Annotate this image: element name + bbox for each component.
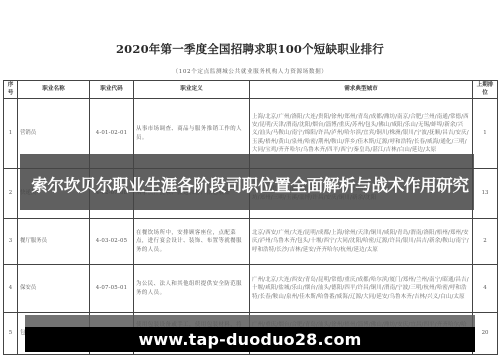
table-row: 3 餐厅服务员 4-03-02-05 在餐饮场所中，安排顾客座位，点配菜点，进行… [4,219,498,265]
header-occupation-code: 职业代码 [90,81,134,99]
cell-occupation-name: 餐厅服务员 [18,219,90,265]
watermark-shadow-band [25,315,250,327]
cell-no: 1 [4,99,18,169]
cell-last-rank: 2 [473,219,498,265]
cell-occupation-code: 4-03-02-05 [90,219,134,265]
cell-no: 4 [4,265,18,313]
table-header-row: 序号 职业名称 职业代码 职业定义 需求典型城市 上期排位 [4,81,498,99]
cell-typical-cities: 广州/北京/大连/西安/青岛/昆明/常德/重庆/成都/哈尔滨/厦门/郑州/兰州/… [250,265,473,313]
header-no: 序号 [4,81,18,99]
cell-no: 5 [4,313,18,355]
site-watermark: www.tap-duoduo28.com [25,327,475,352]
watermark-shadow-band [250,315,475,327]
cell-occupation-definition: 在餐饮场所中，安排顾客座位，点配菜点，进行宴会设计、装饰、布置等就餐服务的人员。 [134,219,250,265]
shortage-occupation-table: 序号 职业名称 职业代码 职业定义 需求典型城市 上期排位 1 营销员 4-01… [3,80,498,355]
header-last-rank: 上期排位 [473,81,498,99]
table-row: 4 保安员 4-07-05-01 为公民、法人和其他组织提供安全防范服务的人员。… [4,265,498,313]
document-title: 2020年第一季度全国招聘求职100个短缺职业排行 [0,41,500,57]
cell-occupation-code: 4-07-05-01 [90,265,134,313]
headline-banner-text: 索尔坎贝尔职业生涯各阶段司职位置全面解析与战术作用研究 [0,172,500,196]
document-subtitle: （102个定点监测城公共就业服务机构人力资源场数据） [0,67,500,75]
cell-occupation-name: 保安员 [18,265,90,313]
cell-typical-cities: 北京/西安/广州/大连/昆明/成都/上海/徐州/天津/铜川/咸阳/青岛/渭南/洛… [250,219,473,265]
cell-last-rank: 1 [473,99,498,169]
header-occupation-definition: 职业定义 [134,81,250,99]
cell-last-rank: 20 [473,313,498,355]
cell-last-rank: 4 [473,265,498,313]
cell-occupation-definition: 为公民、法人和其他组织提供安全防范服务的人员。 [134,265,250,313]
cell-no: 3 [4,219,18,265]
header-occupation-name: 职业名称 [18,81,90,99]
header-typical-cities: 需求典型城市 [250,81,473,99]
